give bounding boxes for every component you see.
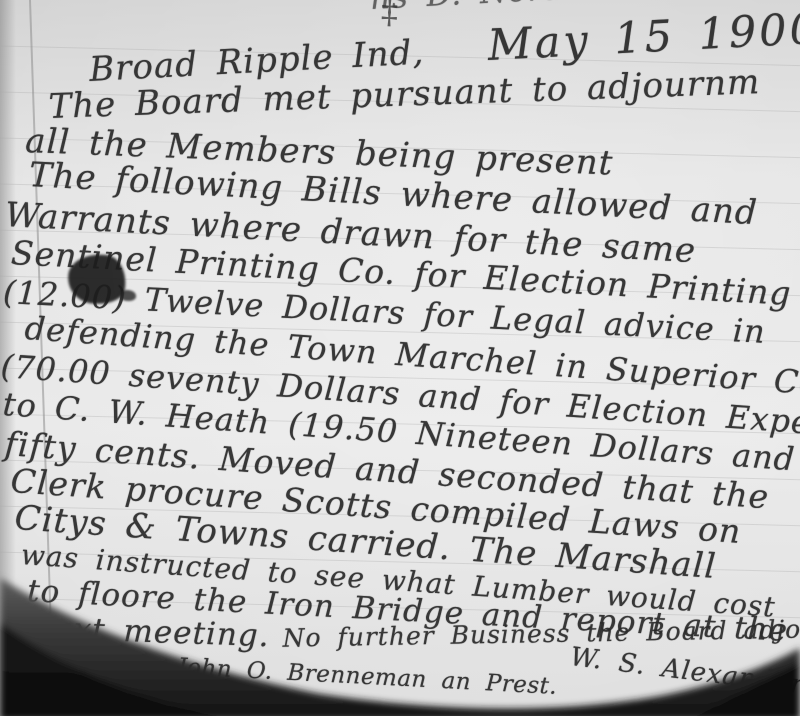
signature-president: John O. Brenneman an Prest. [177, 656, 558, 699]
closing-right: No further Business the Board adjou [283, 616, 800, 650]
handwriting-layer: ‡ hs D. Norander W Broad Ripple Ind,May … [0, 0, 800, 716]
heading-date: May 15 1900 [487, 4, 800, 71]
scanned-ledger-photo: ‡ hs D. Norander W Broad Ripple Ind,May … [0, 0, 800, 716]
ink-blot-small [120, 290, 136, 301]
closing-left: next meeting. [33, 610, 270, 654]
